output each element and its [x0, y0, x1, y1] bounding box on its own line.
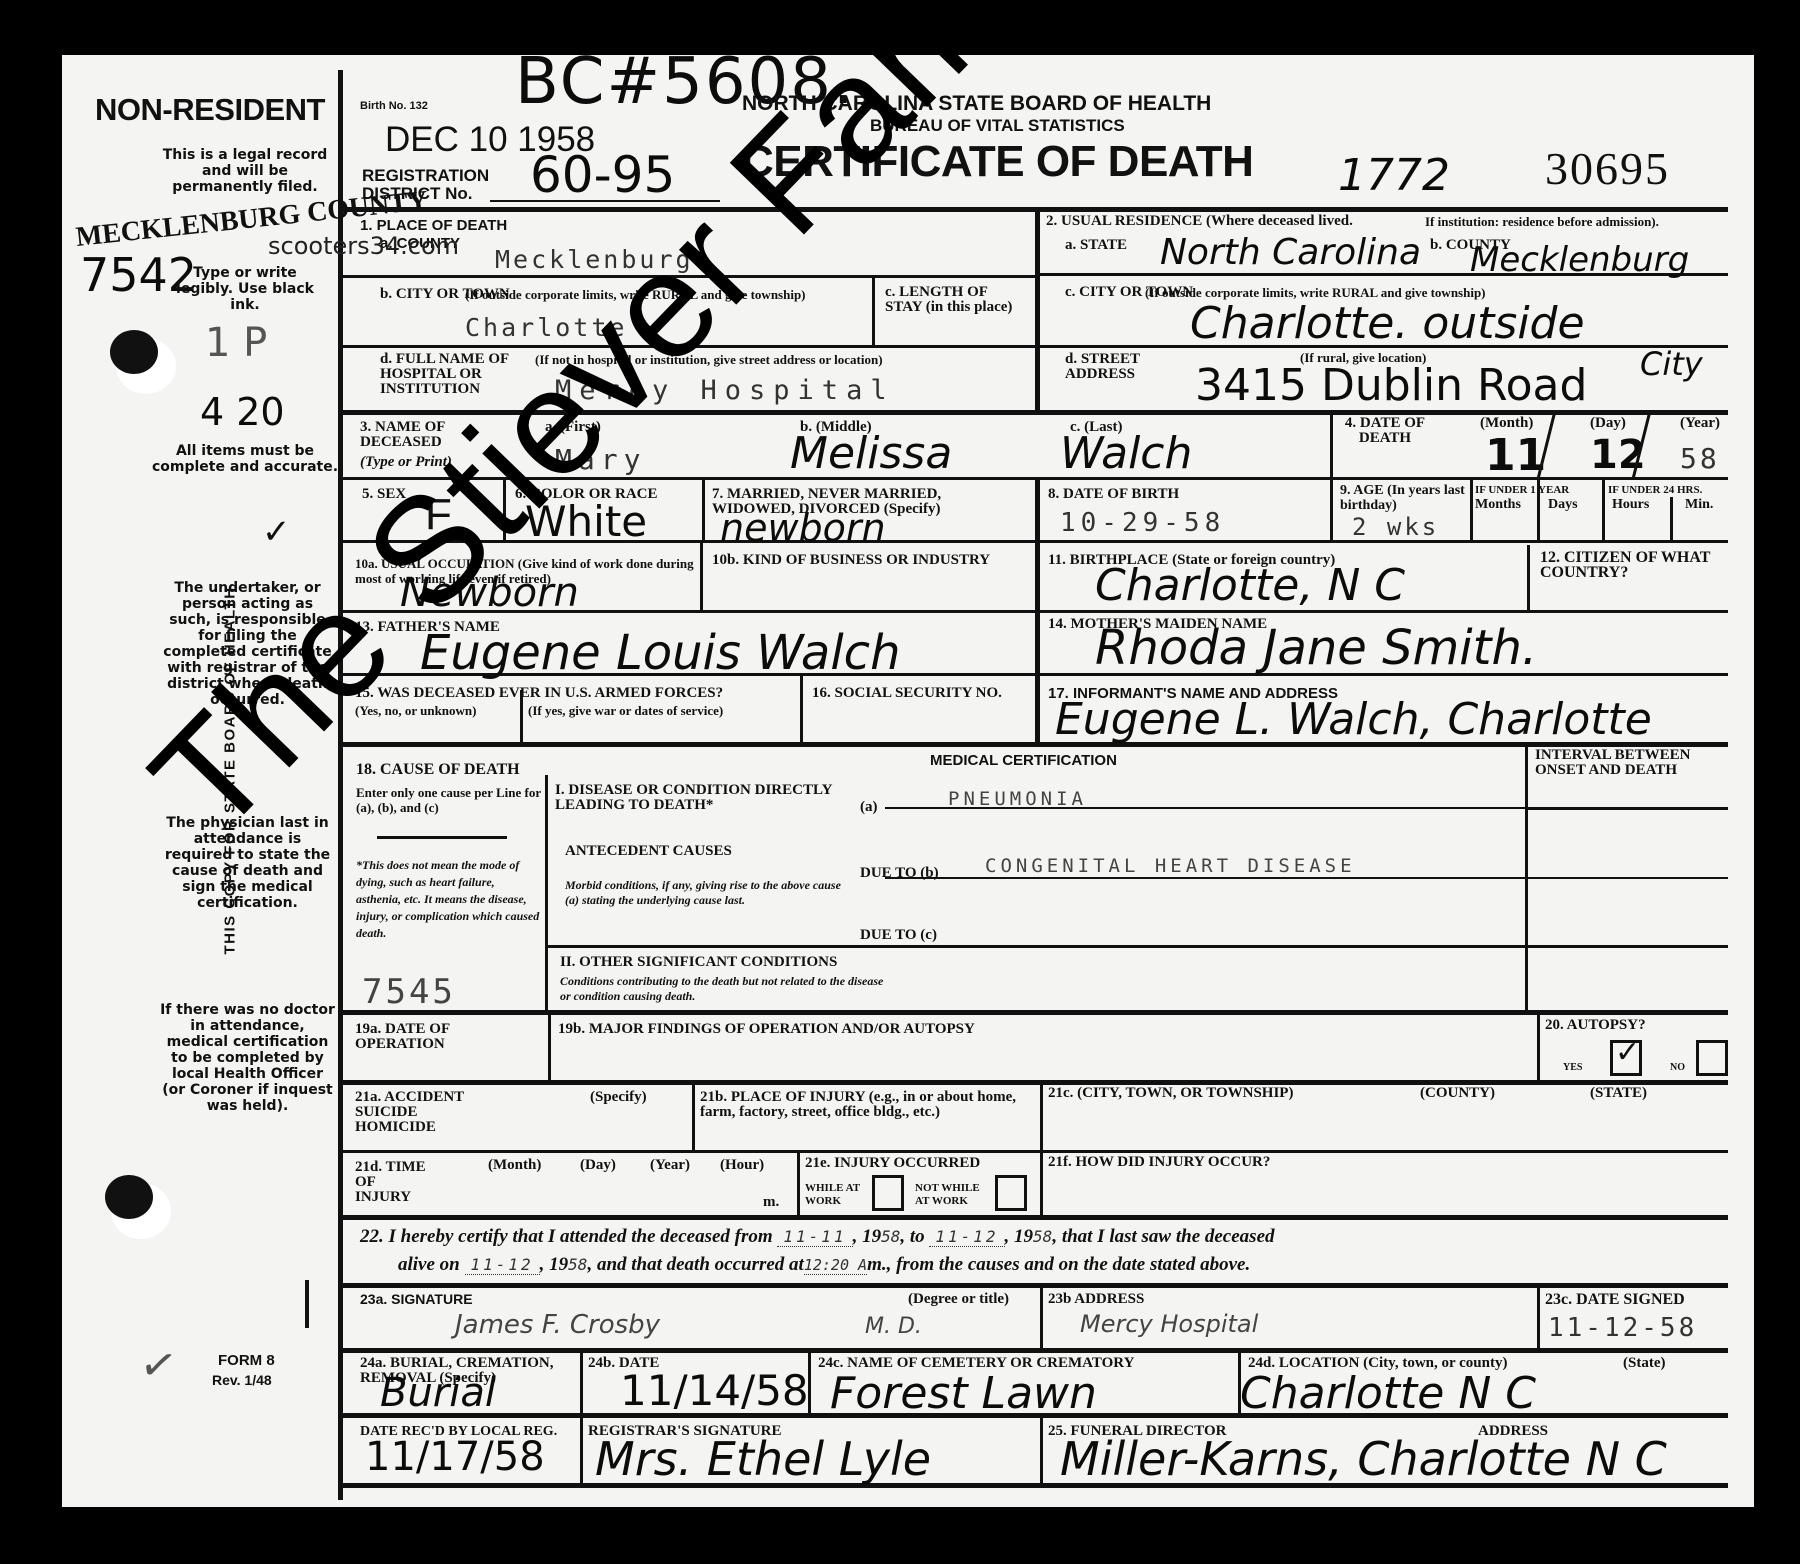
residence-state-value: North Carolina — [1160, 232, 1421, 273]
form-number: FORM 8 — [218, 1352, 275, 1369]
hospital-label: d. FULL NAME OF HOSPITAL OR INSTITUTION — [380, 352, 530, 397]
divider-injury-time — [797, 1150, 800, 1215]
non-resident-heading: NON-RESIDENT — [95, 92, 325, 128]
site-watermark: scooters34.com — [268, 232, 459, 260]
residence-street-label: d. STREET ADDRESS — [1065, 352, 1155, 382]
punch-hole-top — [110, 330, 158, 374]
footnote-bar — [377, 836, 507, 839]
cause-hint: Enter only one cause per Line for (a), (… — [356, 785, 541, 815]
interval-label: INTERVAL BETWEEN ONSET AND DEATH — [1535, 748, 1725, 778]
residence-label: 2. USUAL RESIDENCE (Where deceased lived… — [1046, 214, 1353, 229]
divider-hours — [1670, 497, 1673, 540]
first-name-value: Mary — [555, 443, 646, 476]
residence-street-value: 3415 Dublin Road — [1195, 360, 1587, 411]
rule-injury-top — [343, 1080, 1728, 1085]
rule-injury-mid — [343, 1150, 1728, 1153]
autopsy-no-checkbox[interactable] — [1696, 1040, 1728, 1076]
cause-c-label: DUE TO (c) — [860, 928, 937, 943]
race-value: White — [525, 497, 647, 546]
legal-record-note: This is a legal record and will be perma… — [150, 147, 340, 195]
certify-text-g: , 19 — [540, 1254, 569, 1275]
divider-interval — [1525, 742, 1528, 1010]
physician-degree: M. D. — [865, 1314, 922, 1339]
place-of-death-label: 1. PLACE OF DEATH — [360, 218, 507, 233]
injury-type-label: 21a. ACCIDENT SUICIDE HOMICIDE — [355, 1090, 495, 1135]
last-name-value: Walch — [1060, 428, 1192, 479]
age-value: 2 wks — [1352, 513, 1439, 541]
divider-days — [1602, 477, 1605, 540]
date-of-birth-label: 8. DATE OF BIRTH — [1048, 487, 1179, 502]
major-findings-label: 19b. MAJOR FINDINGS OF OPERATION AND/OR … — [558, 1022, 975, 1037]
birthplace-value: Charlotte, N C — [1095, 560, 1405, 611]
birth-no-label: Birth No. 132 — [360, 100, 428, 112]
divider-ssn — [800, 673, 803, 742]
cause-of-death-label: 18. CAUSE OF DEATH — [356, 762, 520, 777]
injury-year-label: (Year) — [650, 1158, 690, 1173]
cause-b-label: DUE TO (b) — [860, 866, 939, 881]
residence-street-extra: City — [1640, 345, 1703, 383]
operation-date-label: 19a. DATE OF OPERATION — [355, 1022, 540, 1052]
how-injury-occurred-label: 21f. HOW DID INJURY OCCUR? — [1048, 1155, 1270, 1170]
no-doctor-note: If there was no doctor in attendance, me… — [160, 1002, 335, 1114]
injury-m-label: m. — [763, 1195, 779, 1210]
days-label: Days — [1548, 497, 1578, 512]
occupation-value: Newborn — [400, 570, 579, 616]
degree-label: (Degree or title) — [908, 1292, 1009, 1307]
date-signed-label: 23c. DATE SIGNED — [1545, 1292, 1685, 1307]
rule-county — [343, 275, 1035, 278]
hospital-hint: (If not in hospital or institution, give… — [535, 352, 883, 367]
injury-month-label: (Month) — [488, 1158, 541, 1173]
date-signed-value: 11-12-58 — [1548, 1313, 1697, 1343]
armed-forces-hint-service: (If yes, give war or dates of service) — [528, 703, 723, 718]
father-name-value: Eugene Louis Walch — [420, 625, 901, 681]
funeral-director-value: Miller-Karns, Charlotte N C — [1060, 1432, 1667, 1486]
armed-forces-hint-yes-no: (Yes, no, or unknown) — [355, 703, 477, 718]
last-seen-year: 58 — [568, 1255, 587, 1274]
residence-city-value: Charlotte. outside — [1190, 298, 1585, 349]
date-of-death-label: 4. DATE OF DEATH — [1340, 416, 1430, 446]
first-name-label: a. (First) — [545, 420, 601, 435]
divider-sex — [503, 477, 506, 540]
armed-forces-label: 15. WAS DECEASED EVER IN U.S. ARMED FORC… — [355, 686, 723, 701]
residence-hint: If institution: residence before admissi… — [1425, 214, 1659, 229]
rule-certify-top — [343, 1215, 1728, 1220]
rule-part1 — [548, 945, 1728, 948]
divider-age — [1470, 477, 1473, 540]
rule-signature-top — [343, 1283, 1728, 1288]
divider-date-signed — [1537, 1283, 1540, 1348]
injury-day-label: (Day) — [580, 1158, 616, 1173]
social-security-label: 16. SOCIAL SECURITY NO. — [812, 686, 1002, 701]
local-file-number: 1772 — [1338, 150, 1450, 201]
cemetery-value: Forest Lawn — [830, 1368, 1097, 1419]
disease-leading-to-death-label: I. DISEASE OR CONDITION DIRECTLY LEADING… — [555, 783, 855, 813]
burial-state-label: (State) — [1623, 1356, 1665, 1371]
undertaker-note: The undertaker, or person acting as such… — [160, 580, 335, 708]
death-year-value: 58 — [1680, 442, 1720, 475]
not-at-work-checkbox[interactable] — [995, 1175, 1027, 1211]
not-at-work-label: NOT WHILE AT WORK — [915, 1182, 985, 1208]
physician-address-label: 23b ADDRESS — [1048, 1292, 1144, 1307]
registration-label: REGISTRATION — [362, 166, 489, 186]
mark-420: 4 20 — [200, 390, 285, 434]
injury-hour-label: (Hour) — [720, 1158, 764, 1173]
age-label: 9. AGE (In years last birthday) — [1340, 483, 1468, 513]
marital-status-value: newborn — [720, 506, 886, 550]
sex-value: F — [425, 490, 452, 540]
length-of-stay-label: c. LENGTH OF STAY (in this place) — [885, 285, 1020, 315]
antecedent-hint: Morbid conditions, if any, giving rise t… — [565, 878, 855, 908]
while-at-work-label: WHILE AT WORK — [805, 1182, 865, 1208]
certificate-title: CERTIFICATE OF DEATH — [742, 137, 1253, 187]
certify-text-h: , and that death occurred at — [587, 1254, 803, 1275]
cause-side-number: 7545 — [362, 972, 456, 1012]
under-24-hrs-label: IF UNDER 24 HRS. — [1608, 483, 1702, 498]
checkmark-icon: ✓ — [1615, 1035, 1640, 1070]
injury-occurred-label: 21e. INJURY OCCURRED — [805, 1156, 980, 1171]
autopsy-label: 20. AUTOPSY? — [1545, 1018, 1646, 1033]
autopsy-yes-label: YES — [1563, 1060, 1582, 1075]
divider-citizen — [1527, 545, 1530, 610]
death-city-label: b. CITY OR TOWN — [380, 287, 470, 302]
citizen-label: 12. CITIZEN OF WHAT COUNTRY? — [1540, 550, 1725, 580]
death-month-label: (Month) — [1480, 416, 1533, 431]
burial-date-value: 11/14/58 — [620, 1366, 809, 1415]
death-county-value: Mecklenburg — [495, 245, 694, 274]
hours-label: Hours — [1612, 497, 1649, 512]
business-label: 10b. KIND OF BUSINESS OR INDUSTRY — [712, 553, 1022, 568]
certify-text-f: alive on — [398, 1254, 460, 1275]
date-received-value: 11/17/58 — [365, 1434, 545, 1480]
last-seen-value: 11-12 — [465, 1255, 540, 1275]
registrar-signature-value: Mrs. Ethel Lyle — [595, 1432, 931, 1486]
certificate-number: 30695 — [1545, 142, 1670, 195]
injury-state-label: (STATE) — [1590, 1086, 1647, 1101]
death-year-label: (Year) — [1680, 416, 1720, 431]
death-day-label: (Day) — [1590, 416, 1626, 431]
autopsy-no-label: NO — [1670, 1060, 1685, 1075]
registration-district-no: 60-95 — [530, 146, 675, 204]
physician-signature: James F. Crosby — [455, 1310, 660, 1340]
residence-city-label: c. CITY OR TOWN — [1065, 285, 1125, 300]
deceased-name-hint: (Type or Print) — [360, 455, 452, 470]
other-conditions-hint: Conditions contributing to the death but… — [560, 974, 895, 1004]
divider-autopsy — [1537, 1010, 1540, 1080]
residence-state-label: a. STATE — [1065, 238, 1127, 253]
injury-city-label: 21c. (CITY, TOWN, OR TOWNSHIP) — [1048, 1086, 1293, 1101]
certify-text-d: , 19 — [1005, 1226, 1034, 1247]
divider-cause-column — [545, 775, 548, 1010]
date-of-birth-value: 10-29-58 — [1060, 508, 1225, 538]
attended-from-year: 58 — [881, 1227, 900, 1246]
attended-to-value: 11-12 — [929, 1227, 1004, 1247]
physician-address: Mercy Hospital — [1080, 1310, 1258, 1338]
informant-value: Eugene L. Walch, Charlotte — [1055, 694, 1652, 745]
cause-a-value: PNEUMONIA — [948, 788, 1087, 810]
cause-b-line — [885, 877, 1525, 879]
divider-occupation — [700, 540, 703, 610]
antecedent-causes-label: ANTECEDENT CAUSES — [565, 844, 732, 859]
while-at-work-checkbox[interactable] — [872, 1175, 904, 1211]
medical-certification-title: MEDICAL CERTIFICATION — [930, 753, 1117, 768]
divider-date-death — [1330, 410, 1333, 540]
punch-hole-bottom — [105, 1175, 153, 1219]
interval-b-line — [1528, 877, 1728, 879]
death-city-value: Charlotte — [465, 313, 627, 342]
sex-label: 5. SEX — [362, 487, 406, 502]
attended-from-value: 11-11 — [777, 1227, 852, 1247]
certify-text-i: m., from the causes and on the date stat… — [867, 1254, 1250, 1275]
district-no-underline — [490, 200, 720, 202]
sidebar-tick-mark — [305, 1280, 309, 1328]
certify-text-e: , that I last saw the deceased — [1052, 1226, 1274, 1247]
certify-text-b: , 19 — [853, 1226, 882, 1247]
interval-a-line — [1528, 807, 1728, 810]
cause-b-value: CONGENITAL HEART DISEASE — [985, 855, 1356, 877]
mother-maiden-name-value: Rhoda Jane Smith. — [1095, 620, 1537, 676]
certification-line-1: 22. I hereby certify that I attended the… — [360, 1226, 1275, 1248]
deceased-name-label: 3. NAME OF DECEASED — [360, 420, 490, 450]
divider-injury-place — [1040, 1080, 1043, 1215]
divider-signature — [1040, 1283, 1043, 1348]
certification-line-2: alive on 11-12, 1958, and that death occ… — [398, 1254, 1250, 1276]
death-city-hint: (If outside corporate limits, write RURA… — [465, 287, 865, 302]
disposition-value: Burial — [380, 1370, 496, 1416]
physician-note: The physician last in attendance is requ… — [160, 815, 335, 911]
other-conditions-label: II. OTHER SIGNIFICANT CONDITIONS — [560, 955, 837, 970]
type-legibly-note: Type or write legibly. Use black ink. — [170, 265, 320, 313]
divider-injury-type — [692, 1080, 695, 1150]
hospital-value: Mercy Hospital — [555, 375, 895, 406]
burial-location-value: Charlotte N C — [1240, 1368, 1536, 1419]
divider-funeral — [1040, 1413, 1043, 1483]
place-of-injury-label: 21b. PLACE OF INJURY (e.g., in or about … — [700, 1090, 1035, 1120]
complete-accurate-note: All items must be complete and accurate. — [150, 443, 340, 475]
min-label: Min. — [1685, 497, 1713, 512]
bureau-title: BUREAU OF VITAL STATISTICS — [870, 116, 1125, 136]
autopsy-yes-checkbox[interactable]: ✓ — [1610, 1040, 1642, 1076]
months-label: Months — [1475, 497, 1521, 512]
rule-burial-top — [343, 1348, 1728, 1353]
divider-race — [702, 477, 705, 540]
cause-footnote: *This does not mean the mode of dying, s… — [356, 857, 541, 942]
certify-text-c: , to — [900, 1226, 924, 1247]
injury-county-label: (COUNTY) — [1420, 1086, 1495, 1101]
divider-operation-date — [548, 1010, 551, 1080]
form-revision: Rev. 1/48 — [212, 1372, 272, 1388]
agency-title: NORTH CAROLINA STATE BOARD OF HEALTH — [742, 92, 1211, 116]
mark-1p: 1 P — [205, 320, 267, 366]
attended-to-year: 58 — [1033, 1227, 1052, 1246]
death-time-value: 12:20 A — [804, 1256, 867, 1275]
divider-length-of-stay — [872, 275, 875, 345]
divider-place-residence — [1035, 207, 1040, 412]
check-mark-icon: ✓ — [262, 512, 291, 552]
injury-specify-label: (Specify) — [590, 1090, 647, 1105]
signature-label: 23a. SIGNATURE — [360, 1292, 473, 1307]
middle-name-value: Melissa — [790, 428, 952, 479]
injury-time-label: 21d. TIME OF INJURY — [355, 1160, 435, 1205]
certify-text-a: 22. I hereby certify that I attended the… — [360, 1226, 773, 1247]
cause-a-label: (a) — [860, 800, 878, 815]
under-one-year-label: IF UNDER 1 YEAR — [1475, 483, 1569, 498]
residence-county-value: Mecklenburg — [1470, 240, 1689, 280]
